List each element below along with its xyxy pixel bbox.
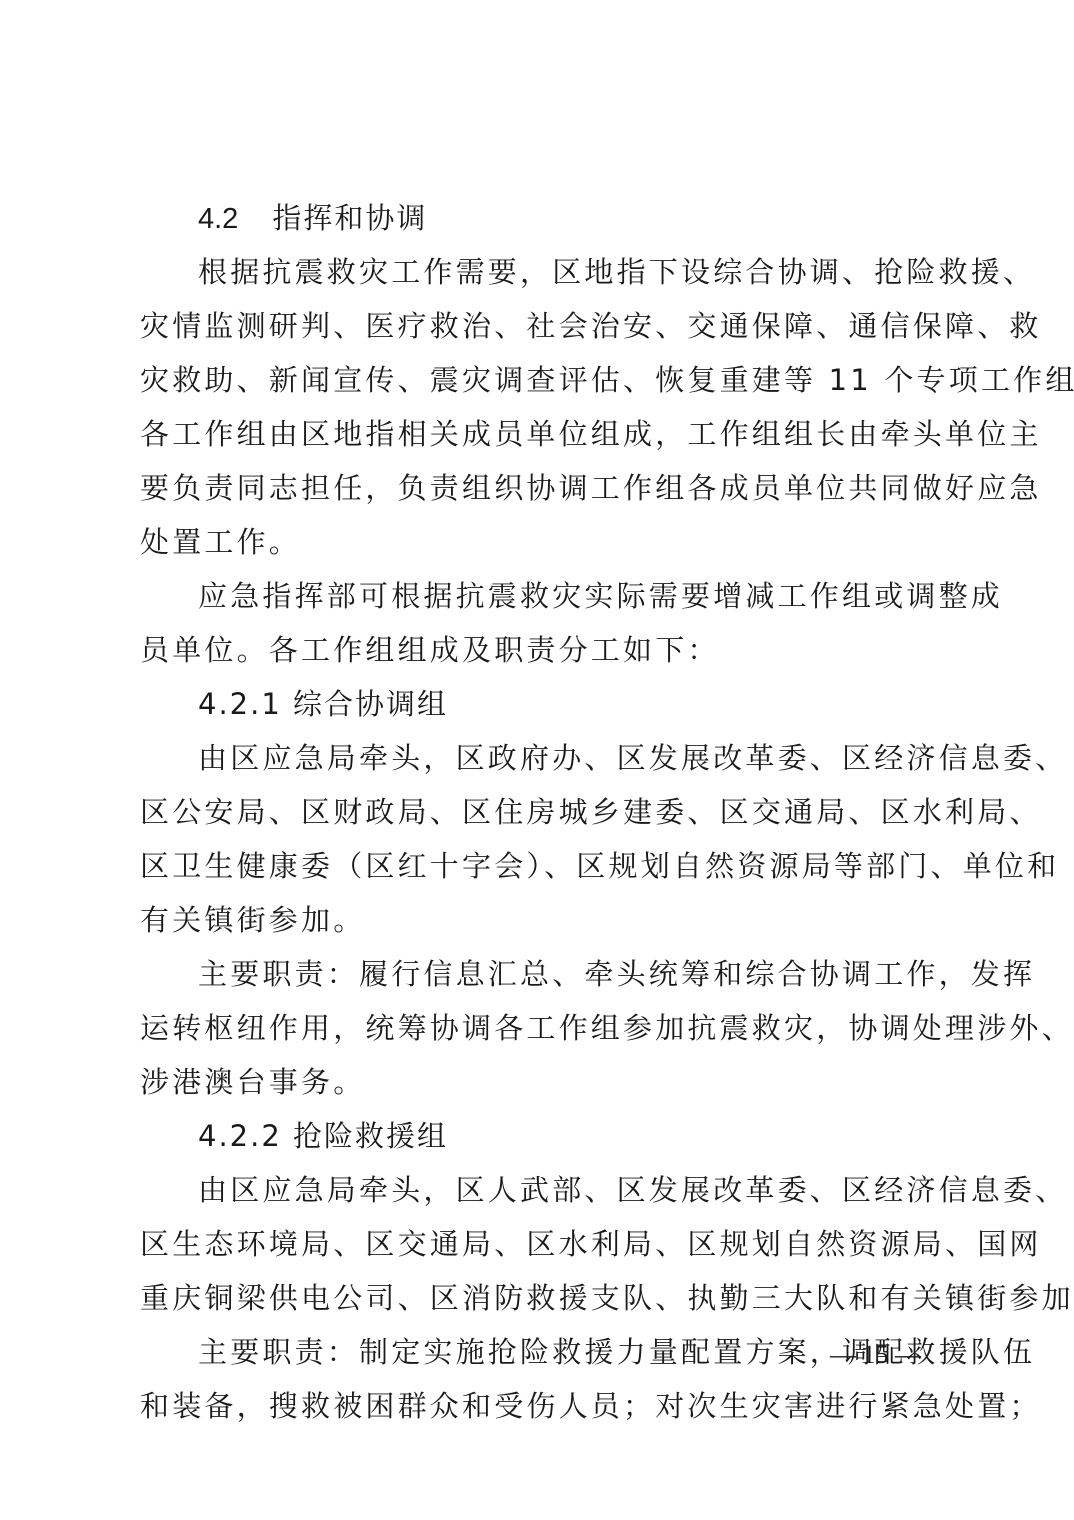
page-number: — 15 — — [830, 1340, 950, 1370]
paragraph-line: 各工作组由区地指相关成员单位组成，工作组组长由牵头单位主 — [140, 414, 940, 454]
paragraph-line: 要负责同志担任，负责组织协调工作组各成员单位共同做好应急 — [140, 468, 940, 508]
subsection-heading-4-2-1: 4.2.1 综合协调组 — [198, 684, 998, 724]
paragraph-line: 区公安局、区财政局、区住房城乡建委、区交通局、区水利局、 — [140, 792, 940, 832]
document-page: 4.2指挥和协调 根据抗震救灾工作需要，区地指下设综合协调、抢险救援、 灾情监测… — [0, 0, 1074, 1520]
paragraph-line: 涉港澳台事务。 — [140, 1062, 940, 1102]
paragraph-line: 运转枢纽作用，统筹协调各工作组参加抗震救灾，协调处理涉外、 — [140, 1008, 940, 1048]
subsection-heading-4-2-2: 4.2.2 抢险救援组 — [198, 1116, 998, 1156]
section-title: 指挥和协调 — [272, 201, 427, 235]
section-heading-4-2: 4.2指挥和协调 — [198, 198, 998, 238]
paragraph-line: 由区应急局牵头，区人武部、区发展改革委、区经济信息委、 — [198, 1170, 940, 1210]
paragraph-line: 有关镇街参加。 — [140, 900, 940, 940]
section-number: 4.2 — [198, 203, 238, 235]
paragraph-line: 员单位。各工作组组成及职责分工如下： — [140, 630, 940, 670]
paragraph-line: 应急指挥部可根据抗震救灾实际需要增减工作组或调整成 — [198, 576, 940, 616]
paragraph-line: 由区应急局牵头，区政府办、区发展改革委、区经济信息委、 — [198, 738, 940, 778]
paragraph-line: 处置工作。 — [140, 522, 940, 562]
paragraph-line: 重庆铜梁供电公司、区消防救援支队、执勤三大队和有关镇街参加。 — [140, 1278, 940, 1318]
paragraph-line: 主要职责：制定实施抢险救援力量配置方案，调配救援队伍 — [198, 1332, 940, 1372]
paragraph-line: 区卫生健康委（区红十字会）、区规划自然资源局等部门、单位和 — [140, 846, 940, 886]
paragraph-line: 区生态环境局、区交通局、区水利局、区规划自然资源局、国网 — [140, 1224, 940, 1264]
paragraph-line: 根据抗震救灾工作需要，区地指下设综合协调、抢险救援、 — [198, 252, 940, 292]
paragraph-line: 主要职责：履行信息汇总、牵头统筹和综合协调工作，发挥 — [198, 954, 940, 994]
paragraph-line: 灾救助、新闻宣传、震灾调查评估、恢复重建等 11 个专项工作组。 — [140, 360, 940, 400]
paragraph-line: 灾情监测研判、医疗救治、社会治安、交通保障、通信保障、救 — [140, 306, 940, 346]
paragraph-line: 和装备，搜救被困群众和受伤人员；对次生灾害进行紧急处置； — [140, 1386, 940, 1426]
